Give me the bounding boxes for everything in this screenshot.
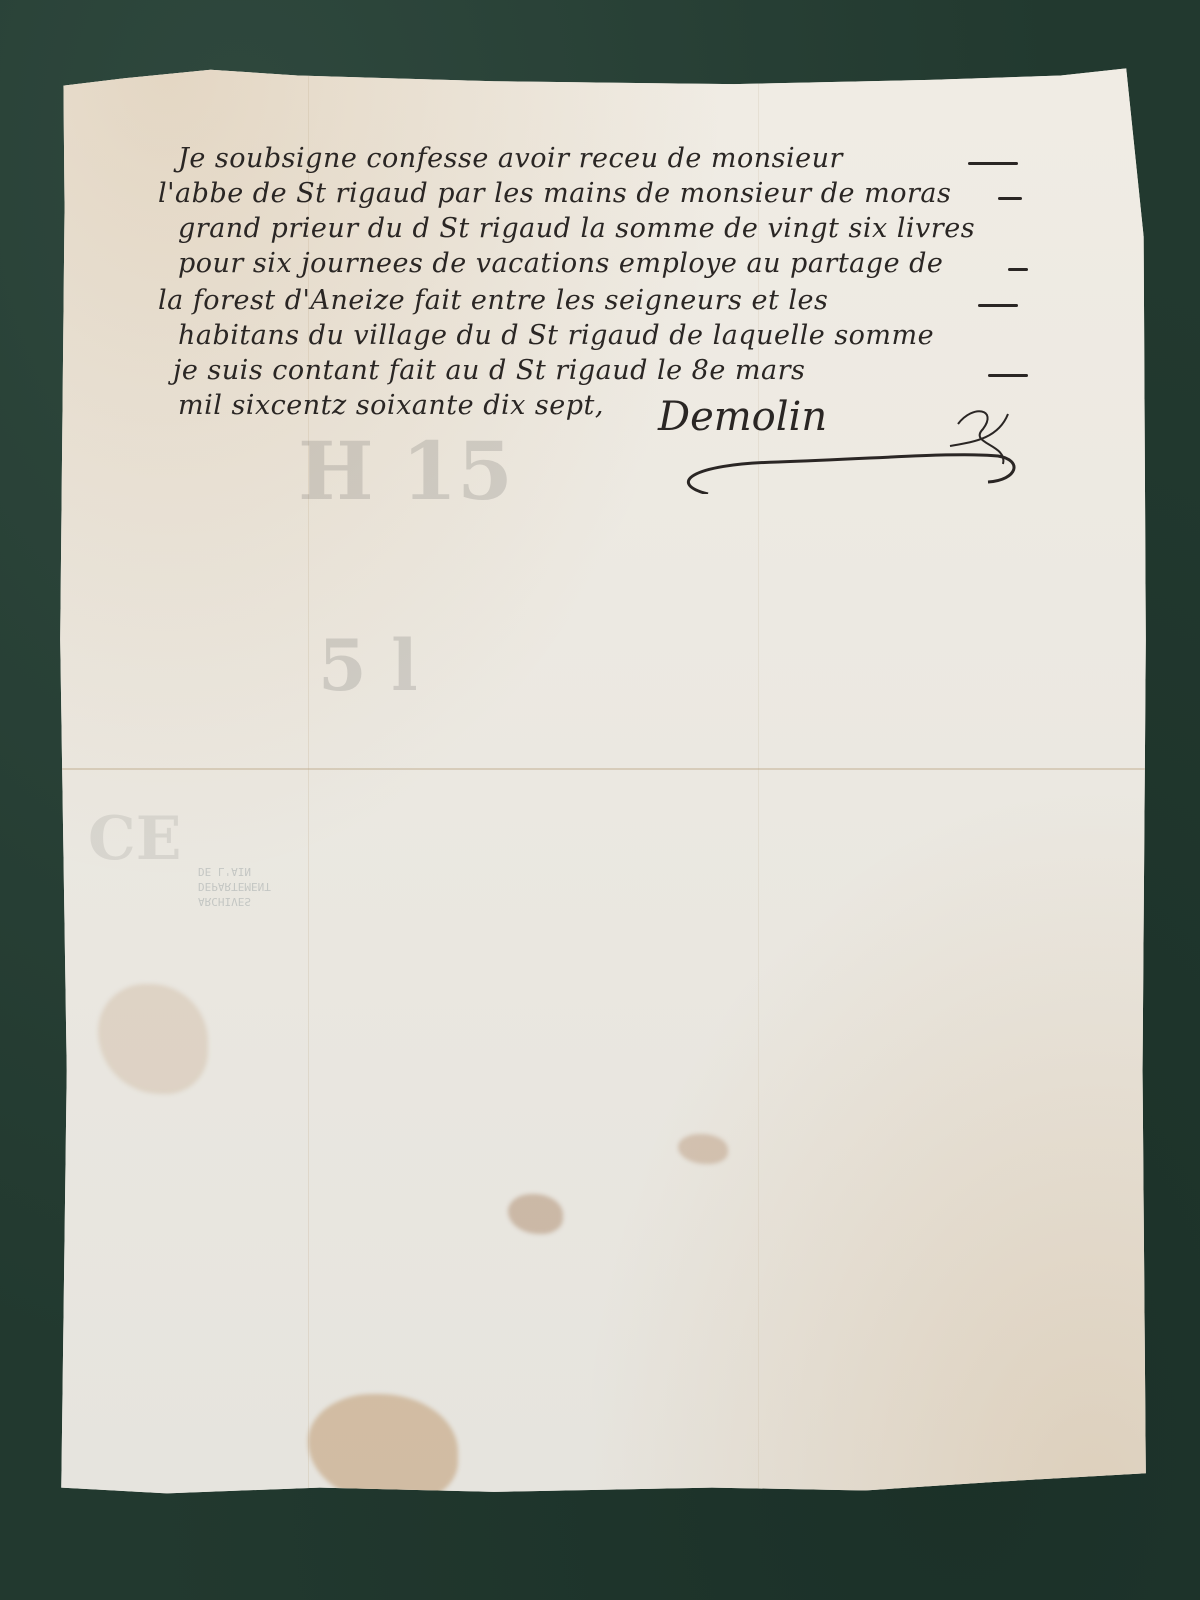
stamp-show-through: ARCHIVES DEPARTEMENT DE L'AIN xyxy=(198,864,271,909)
text-line-8: mil sixcentz soixante dix sept, xyxy=(178,390,604,421)
text-line-2: l'abbe de St rigaud par les mains de mon… xyxy=(158,178,951,209)
show-through-letters: CE xyxy=(88,804,182,874)
line-filler-dash xyxy=(978,304,1018,307)
line-filler-dash xyxy=(998,197,1022,200)
show-through-mark-top: H 15 xyxy=(298,424,513,518)
water-stain-bottom xyxy=(308,1394,458,1504)
line-filler-dash xyxy=(988,374,1028,377)
signature-flourish-icon xyxy=(628,384,1028,494)
stain xyxy=(98,984,208,1094)
text-line-7: je suis contant fait au d St rigaud le 8… xyxy=(173,355,805,386)
show-through-mark-middle: 5 l xyxy=(318,624,418,707)
text-line-3: grand prieur du d St rigaud la somme de … xyxy=(178,213,975,244)
text-line-4: pour six journees de vacations employe a… xyxy=(178,248,943,279)
document-paper: H 15 5 l CE ARCHIVES DEPARTEMENT DE L'AI… xyxy=(58,64,1148,1502)
text-line-6: habitans du village du d St rigaud de la… xyxy=(178,320,934,351)
fold-crease-vertical xyxy=(308,64,309,1502)
text-line-5: la forest d'Aneize fait entre les seigne… xyxy=(158,285,828,316)
line-filler-dash xyxy=(968,162,1018,165)
stain xyxy=(678,1134,728,1164)
fold-crease-vertical-2 xyxy=(758,64,759,1502)
stain xyxy=(508,1194,563,1234)
fold-crease-horizontal xyxy=(58,768,1148,770)
text-line-1: Je soubsigne confesse avoir receu de mon… xyxy=(178,143,843,174)
line-filler-dash xyxy=(1008,268,1028,271)
